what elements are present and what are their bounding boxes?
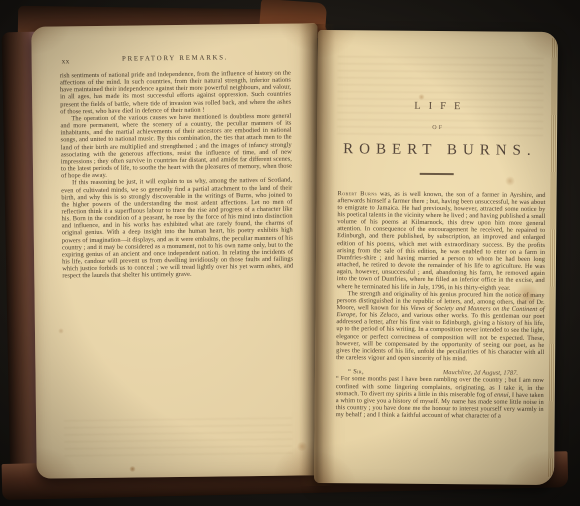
right-page-body: Robert Burns was, as is well known, the …	[336, 190, 546, 421]
page-number: xx	[62, 57, 70, 65]
chapter-title-block: LIFE OF ROBERT BURNS.	[317, 100, 558, 176]
paragraph-text: was, as is well known, the son of a farm…	[337, 190, 546, 291]
letter-body: “ For some months past I have been rambl…	[336, 376, 544, 421]
title-rule	[420, 173, 454, 175]
right-page: LIFE OF ROBERT BURNS. Robert Burns was, …	[314, 30, 558, 485]
title-robert-burns: ROBERT BURNS.	[317, 141, 557, 160]
running-header: PREFATORY REMARKS.	[60, 54, 291, 64]
paragraph: The operation of the various causes we h…	[60, 113, 292, 180]
left-page: xx PREFATORY REMARKS. rish sentiments of…	[31, 23, 323, 478]
left-page-header: xx PREFATORY REMARKS.	[60, 54, 291, 66]
italic-word: ennui	[494, 391, 509, 398]
italic-book-title: Zeluco	[380, 312, 398, 319]
book-photograph: xx PREFATORY REMARKS. rish sentiments of…	[0, 0, 580, 506]
paragraph-continuation: rish sentiments of national pride and in…	[60, 70, 292, 116]
showthrough-text	[64, 418, 292, 463]
paragraph: Robert Burns was, as is well known, the …	[337, 190, 546, 292]
title-word-of: OF	[317, 124, 557, 132]
title-word-life: LIFE	[317, 100, 557, 113]
paragraph: If this reasoning be just, it will expla…	[61, 177, 293, 280]
paragraph: The strength and originality of his geni…	[336, 290, 545, 363]
paragraph-text: , for his	[355, 311, 380, 318]
paragraph-text: , and various other works. To this gentl…	[336, 312, 544, 363]
left-page-body: rish sentiments of national pride and in…	[60, 70, 294, 280]
